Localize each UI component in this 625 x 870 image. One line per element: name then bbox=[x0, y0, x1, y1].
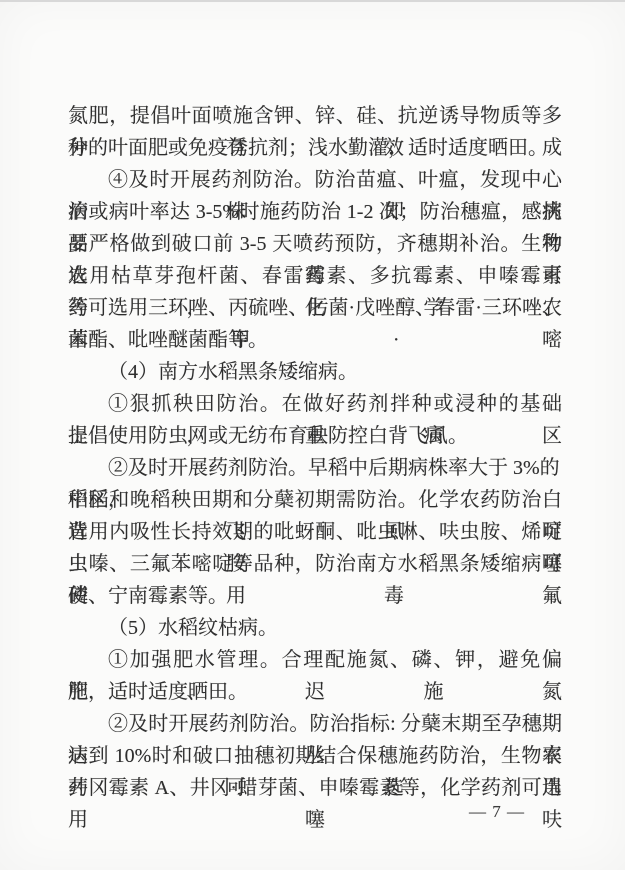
text-line: ④及时开展药剂防治。防治苗瘟、叶瘟，发现中心病株即挑 bbox=[68, 164, 562, 196]
document-body: 氮肥，提倡叶面喷施含钾、锌、硅、抗逆诱导物质等多种有效成 分的叶面肥或免疫诱抗剂… bbox=[68, 100, 562, 804]
text-line: ②及时开展药剂防治。防治指标: 分蘖末期至孕穗期病丛率 bbox=[68, 708, 562, 740]
text-line: 选用内吸性长持效期的吡蚜酮、吡虫啉、呋虫胺、烯啶虫胺、噻 bbox=[68, 516, 562, 548]
text-line: 中稻和晚稻秧田期和分蘖初期需防治。化学农药防治白背飞虱可 bbox=[68, 484, 562, 516]
text-line: 治或病叶率达 3-5%时施药防治 1-2 次；防治穗瘟，感病品种 bbox=[68, 196, 562, 228]
text-line: 要严格做到破口前 3-5 天喷药预防，齐穗期补治。生物农药可 bbox=[68, 228, 562, 260]
document-page: 氮肥，提倡叶面喷施含钾、锌、硅、抗逆诱导物质等多种有效成 分的叶面肥或免疫诱抗剂… bbox=[0, 0, 625, 870]
text-line: 分的叶面肥或免疫诱抗剂；浅水勤灌，适时适度晒田。 bbox=[68, 132, 562, 164]
text-line: 井冈霉素 A、井冈·蜡芽菌、申嗪霉素等，化学药剂可选用噻呋 bbox=[68, 772, 562, 804]
scan-edge bbox=[0, 0, 625, 2]
text-line: 药可选用三环唑、丙硫唑、肟菌·戊唑醇、春雷·三环唑、苯甲·嘧 bbox=[68, 292, 562, 324]
page-number: — 7 — bbox=[462, 802, 532, 822]
text-line: 选用枯草芽孢杆菌、春雷霉素、多抗霉素、申嗪霉素等，化学农 bbox=[68, 260, 562, 292]
text-line: 氮肥，提倡叶面喷施含钾、锌、硅、抗逆诱导物质等多种有效成 bbox=[68, 100, 562, 132]
text-line: 达到 10%时和破口抽穗初期结合保穗施药防治，生物农药可选用 bbox=[68, 740, 562, 772]
text-line: ②及时开展药剂防治。早稻中后期病株率大于 3%的稻区， bbox=[68, 452, 562, 484]
text-line: ①狠抓秧田防治。在做好药剂拌种或浸种的基础上，重病区 bbox=[68, 388, 562, 420]
section-heading: （4）南方水稻黑条矮缩病。 bbox=[68, 356, 562, 388]
section-heading: （5）水稻纹枯病。 bbox=[68, 612, 562, 644]
text-line: 虫嗪、三氟苯嘧啶等品种，防治南方水稻黑条矮缩病可使用毒氟 bbox=[68, 548, 562, 580]
text-line: ①加强肥水管理。合理配施氮、磷、钾，避免偏施、迟施氮 bbox=[68, 644, 562, 676]
